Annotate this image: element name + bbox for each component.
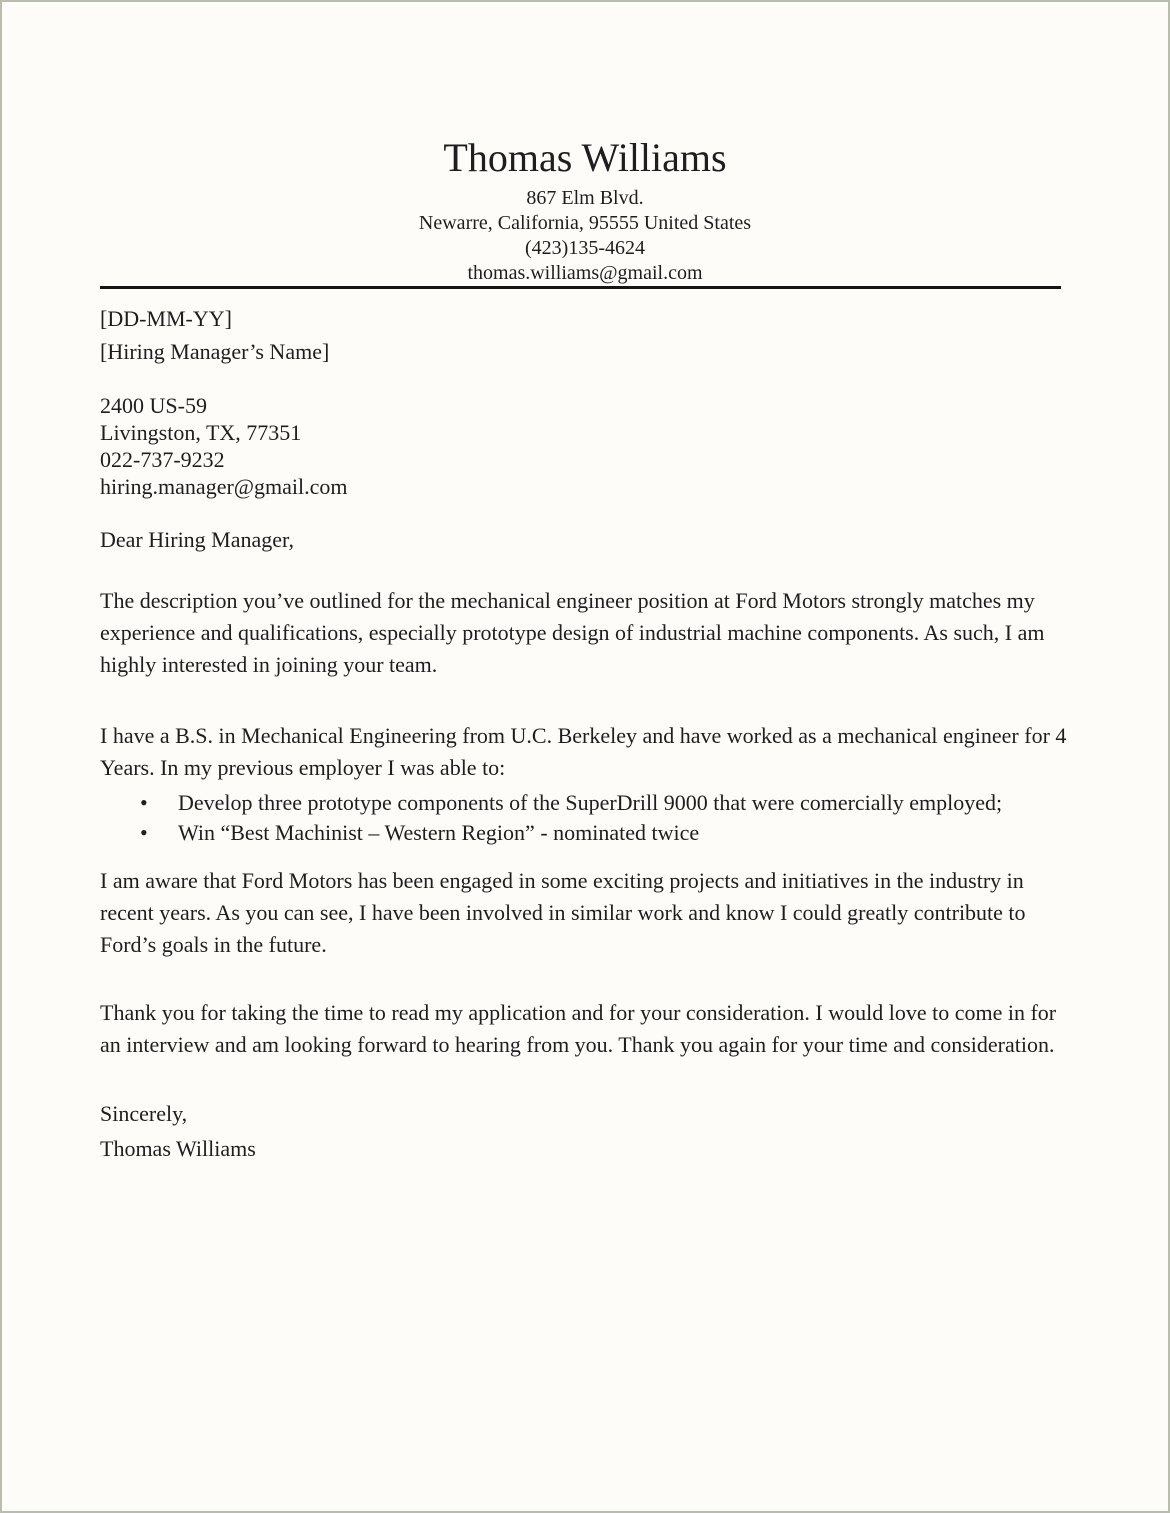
bullet-icon: • [140,788,148,818]
sender-name: Thomas Williams [2,136,1168,180]
recipient-email: hiring.manager@gmail.com [100,473,1068,500]
recipient-address-line2: Livingston, TX, 77351 [100,419,1068,446]
hiring-manager-placeholder: [Hiring Manager’s Name] [100,335,1068,368]
sender-address-line2: Newarre, California, 95555 United States [2,211,1168,236]
header-divider [100,286,1061,289]
paragraph-experience: I have a B.S. in Mechanical Engineering … [100,720,1068,784]
sender-address-line1: 867 Elm Blvd. [2,186,1168,211]
paragraph-intro: The description you’ve outlined for the … [100,585,1068,681]
date-placeholder: [DD-MM-YY] [100,302,1068,335]
sender-phone: (423)135-4624 [2,236,1168,261]
closing: Sincerely, [100,1098,1068,1130]
signature-name: Thomas Williams [100,1133,1068,1165]
cover-letter-page: Thomas Williams 867 Elm Blvd. Newarre, C… [0,0,1170,1513]
greeting: Dear Hiring Manager, [100,524,1068,556]
paragraph-thanks: Thank you for taking the time to read my… [100,997,1068,1061]
paragraph-company: I am aware that Ford Motors has been eng… [100,865,1068,961]
bullet-text: Win “Best Machinist – Western Region” - … [178,820,699,845]
list-item: • Develop three prototype components of … [100,788,1068,818]
achievements-list: • Develop three prototype components of … [100,788,1068,848]
recipient-block: [DD-MM-YY] [Hiring Manager’s Name] 2400 … [100,302,1068,500]
sender-contact-block: 867 Elm Blvd. Newarre, California, 95555… [2,186,1168,286]
sender-email: thomas.williams@gmail.com [2,261,1168,286]
list-item: • Win “Best Machinist – Western Region” … [100,818,1068,848]
recipient-phone: 022-737-9232 [100,446,1068,473]
recipient-address-group: 2400 US-59 Livingston, TX, 77351 022-737… [100,392,1068,500]
bullet-text: Develop three prototype components of th… [178,790,1002,815]
bullet-icon: • [140,818,148,848]
letterhead: Thomas Williams 867 Elm Blvd. Newarre, C… [2,2,1168,286]
letter-body: [DD-MM-YY] [Hiring Manager’s Name] 2400 … [100,302,1068,1165]
recipient-address-line1: 2400 US-59 [100,392,1068,419]
